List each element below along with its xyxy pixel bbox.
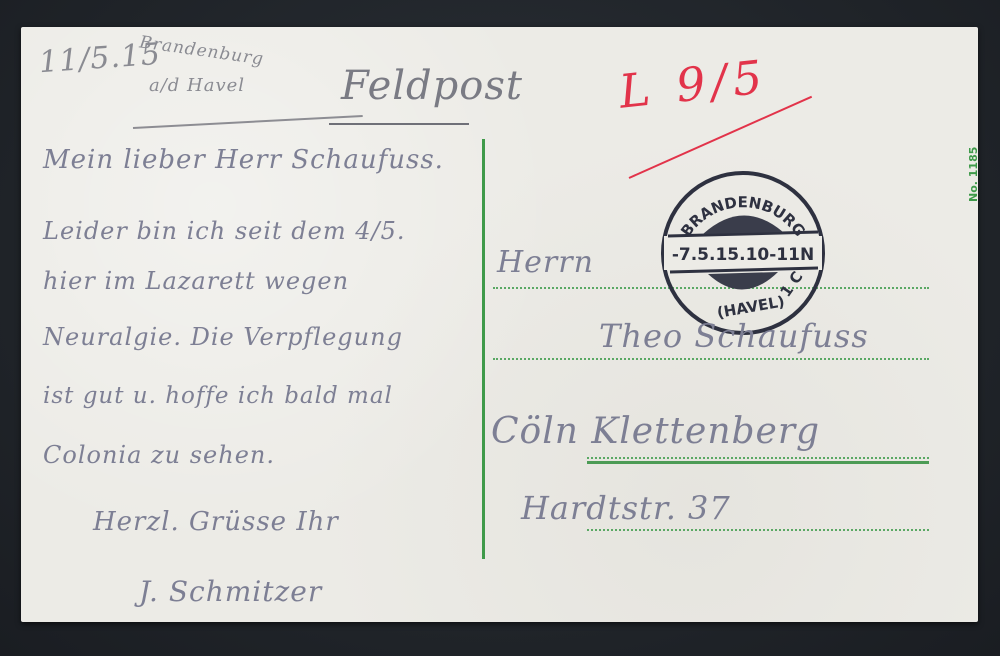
address-line-4 [587,529,929,531]
message-line-1: Mein lieber Herr Schaufuss. [43,145,444,175]
message-line-6: Colonia zu sehen. [43,441,275,469]
message-line-3: hier im Lazarett wegen [43,267,349,295]
red-censor-mark: L 9/5 [617,49,771,118]
message-address-divider [482,139,485,559]
postcard-back: 11/5.15 Brandenburg a/d Havel Feldpost L… [21,27,978,622]
address-name: Theo Schaufuss [599,317,869,355]
address-city: Cöln Klettenberg [491,411,820,452]
pencil-underline [133,115,363,129]
pencil-feldpost: Feldpost [341,63,523,109]
postmark-datetime: -7.5.15.10-11N [672,245,814,265]
pencil-place-line2: a/d Havel [149,75,245,96]
message-signature: J. Schmitzer [139,575,322,608]
pencil-underline-2 [329,123,469,125]
message-closing: Herzl. Grüsse Ihr [93,507,339,537]
series-number: No. 1185 [967,147,980,202]
address-street: Hardtstr. 37 [521,489,731,527]
address-line-2 [493,358,929,360]
address-city-underline [587,461,929,464]
postmark-cancel: BRANDENBURG -7.5.15.10-11N (HAVEL) 1 C [658,168,828,338]
address-line-3 [587,457,929,459]
message-line-4: Neuralgie. Die Verpflegung [43,323,403,351]
address-salutation: Herrn [497,245,594,280]
message-line-5: ist gut u. hoffe ich bald mal [43,383,393,409]
message-line-2: Leider bin ich seit dem 4/5. [43,217,406,245]
